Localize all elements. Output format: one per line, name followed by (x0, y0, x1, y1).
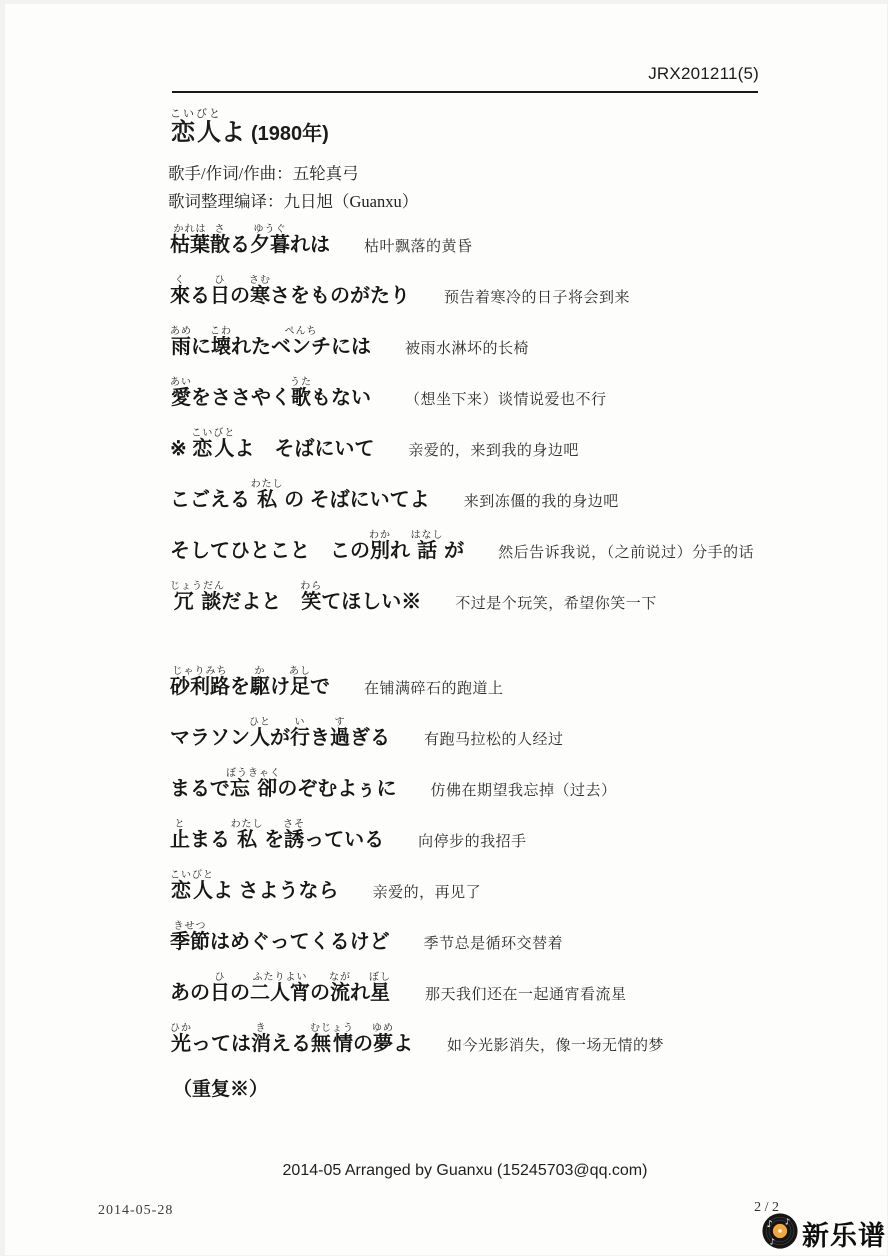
lyric-japanese: ※ 恋人こいびとよ そばにいて (170, 428, 374, 466)
lyric-japanese: あの日ひの二人宵ふたりよいの流ながれ星ぼし (170, 972, 391, 1010)
title-block: 恋人こいびとよ(1980年) (170, 108, 329, 152)
lyric-line: 止とまる 私わたし を誘さそっている向停步的我招手 (170, 819, 770, 857)
lyric-japanese: そしてひとこと この別わかれ 話はなし が (170, 530, 464, 568)
arranged-by: 2014-05 Arranged by Guanxu (15245703@qq.… (172, 1162, 758, 1180)
lyric-translation: 亲爱的，来到我的身边吧 (408, 439, 579, 460)
verse-1: 枯葉かれは散さる夕暮ゆうぐれは枯叶飘落的黄昏來くる日ひの寒さむさをものがたり预告… (170, 224, 770, 619)
lyric-translation: （想坐下来）谈情说爱也不行 (405, 388, 607, 409)
header-rule (172, 91, 758, 93)
lyric-line: あの日ひの二人宵ふたりよいの流ながれ星ぼし那天我们还在一起通宵看流星 (170, 972, 770, 1010)
lyric-japanese: 砂利路じゃりみちを駆かけ足あしで (170, 666, 330, 704)
lyrics-sheet-page: JRX201211(5) 恋人こいびとよ(1980年) 歌手/作词/作曲：五轮真… (5, 4, 887, 1255)
verse-2: 砂利路じゃりみちを駆かけ足あしで在铺满碎石的跑道上マラソン人ひとが行いき過すぎる… (170, 666, 770, 1061)
lyric-translation: 有跑马拉松的人经过 (424, 728, 564, 749)
song-title: 恋人こいびとよ (170, 119, 245, 146)
lyric-translation: 如今光影消失，像一场无情的梦 (447, 1034, 664, 1055)
lyric-translation: 不过是个玩笑，希望你笑一下 (455, 592, 657, 613)
lyric-japanese: 來くる日ひの寒さむさをものがたり (170, 275, 410, 313)
lyric-japanese: まるで忘卻ぼうきゃくのぞむよぅに (170, 768, 397, 806)
lyric-japanese: 冗談じょうだんだよと 笑わらてほしい※ (170, 581, 421, 619)
lyric-translation: 被雨水淋坏的长椅 (405, 337, 529, 358)
lyric-translation: 枯叶飘落的黄昏 (364, 235, 473, 256)
vinyl-record-icon: ♪ ♪ ♪ (761, 1212, 799, 1255)
lyric-japanese: マラソン人ひとが行いき過すぎる (170, 717, 390, 755)
lyric-line: 枯葉かれは散さる夕暮ゆうぐれは枯叶飘落的黄昏 (170, 224, 770, 262)
lyric-line: こごえる 私わたし の そばにいてよ来到冻僵的我的身边吧 (170, 479, 770, 517)
lyric-japanese: こごえる 私わたし の そばにいてよ (170, 479, 430, 517)
site-logo-text: 新乐谱 (802, 1214, 886, 1253)
lyric-line: 雨あめに壊こわれたベンチぺんちには被雨水淋坏的长椅 (170, 326, 770, 364)
repeat-note: （重复※） (173, 1074, 268, 1101)
credit-arranger: 歌词整理编译：九日旭（Guanxu） (168, 188, 418, 216)
svg-text:♪: ♪ (770, 1237, 775, 1247)
document-code: JRX201211(5) (648, 64, 759, 84)
lyric-japanese: 光ひかっては消きえる無情むじょうの夢ゆめよ (170, 1023, 413, 1061)
lyric-line: ※ 恋人こいびとよ そばにいて亲爱的，来到我的身边吧 (170, 428, 770, 466)
lyric-line: まるで忘卻ぼうきゃくのぞむよぅに仿佛在期望我忘掉（过去） (170, 768, 770, 806)
lyric-japanese: 愛あいをささやく歌うたもない (170, 377, 371, 415)
lyric-line: 光ひかっては消きえる無情むじょうの夢ゆめよ如今光影消失，像一场无情的梦 (170, 1023, 770, 1061)
lyric-translation: 那天我们还在一起通宵看流星 (425, 983, 627, 1004)
lyric-translation: 在铺满碎石的跑道上 (364, 677, 504, 698)
lyric-japanese: 枯葉かれは散さる夕暮ゆうぐれは (170, 224, 330, 262)
song-year: (1980年) (251, 123, 329, 145)
lyric-line: 冗談じょうだんだよと 笑わらてほしい※不过是个玩笑，希望你笑一下 (170, 581, 770, 619)
lyric-translation: 然后告诉我说，（之前说过）分手的话 (498, 541, 754, 562)
lyric-japanese: 雨あめに壊こわれたベンチぺんちには (170, 326, 371, 364)
lyric-line: 來くる日ひの寒さむさをものがたり预告着寒冷的日子将会到来 (170, 275, 770, 313)
lyric-japanese: 恋人こいびとよ さようなら (170, 870, 339, 908)
lyric-line: マラソン人ひとが行いき過すぎる有跑马拉松的人经过 (170, 717, 770, 755)
footer-date: 2014-05-28 (98, 1203, 173, 1219)
credit-artist: 歌手/作词/作曲：五轮真弓 (168, 160, 418, 188)
lyric-translation: 亲爱的，再见了 (373, 881, 482, 902)
lyric-translation: 向停步的我招手 (418, 830, 527, 851)
credits-block: 歌手/作词/作曲：五轮真弓 歌词整理编译：九日旭（Guanxu） (168, 160, 418, 216)
lyric-translation: 预告着寒冷的日子将会到来 (444, 286, 630, 307)
lyrics-body: 枯葉かれは散さる夕暮ゆうぐれは枯叶飘落的黄昏來くる日ひの寒さむさをものがたり预告… (170, 224, 770, 1074)
lyric-translation: 仿佛在期望我忘掉（过去） (431, 779, 617, 800)
svg-text:♪: ♪ (767, 1219, 773, 1230)
lyric-japanese: 季節きせつはめぐってくるけど (170, 921, 390, 959)
lyric-translation: 季节总是循环交替着 (424, 932, 564, 953)
lyric-translation: 来到冻僵的我的身边吧 (464, 490, 619, 511)
lyric-line: 恋人こいびとよ さようなら亲爱的，再见了 (170, 870, 770, 908)
site-logo: ♪ ♪ ♪ 新乐谱 (761, 1212, 886, 1255)
lyric-line: そしてひとこと この別わかれ 話はなし が然后告诉我说，（之前说过）分手的话 (170, 530, 770, 568)
lyric-line: 砂利路じゃりみちを駆かけ足あしで在铺满碎石的跑道上 (170, 666, 770, 704)
lyric-line: 季節きせつはめぐってくるけど季节总是循环交替着 (170, 921, 770, 959)
lyric-line: 愛あいをささやく歌うたもない（想坐下来）谈情说爱也不行 (170, 377, 770, 415)
lyric-japanese: 止とまる 私わたし を誘さそっている (170, 819, 384, 857)
svg-text:♪: ♪ (785, 1217, 790, 1227)
